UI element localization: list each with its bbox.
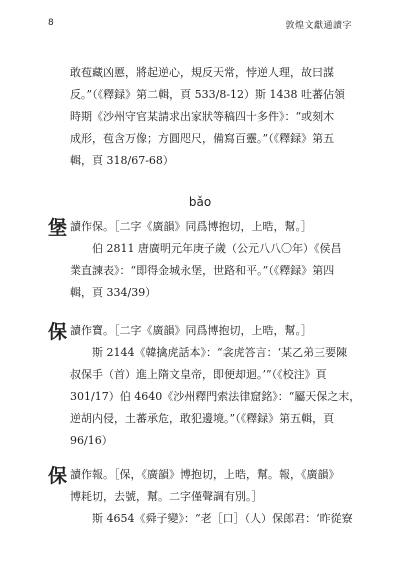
entry-headword: 保 (48, 317, 67, 344)
text-line: 敢苞藏凶慝，將起逆心，規反天常，悖逆人理，故曰謀 (70, 62, 358, 84)
entry-headword: 保 (48, 461, 67, 488)
running-title: 敦煌文獻通讀字 (285, 18, 352, 31)
citation-line: 96/16） (70, 430, 360, 452)
gloss-line: 博耗切，去號，幫。二字僅聲調有別。］ (70, 486, 360, 508)
citation-line: 業直諫表》：“即得金城永堡，世路和平。”（《釋録》第四 (70, 260, 360, 282)
gloss-line: 讀作寶。［二字《廣韻》同爲博抱切，上晧，幫。］ (70, 320, 360, 342)
citation-line: 斯 4654《舜子變》：“老［口］（人）保郎君：‘昨從寮 (70, 508, 360, 530)
dictionary-entry: 保 讀作報。［保，《廣韻》博抱切，上晧，幫。報，《廣韻》 博耗切，去號，幫。二字… (48, 464, 360, 530)
gloss-line: 讀作保。［二字《廣韻》同爲博抱切，上晧，幫。］ (70, 216, 360, 238)
text-line: 成形，苞含万像；方圓咫尺，備寫百靈。”（《釋録》第五 (70, 128, 358, 150)
text-line: 輯，頁 318/67-68） (70, 150, 358, 172)
dictionary-entry: 堡 讀作保。［二字《廣韻》同爲博抱切，上晧，幫。］ 伯 2811 唐廣明元年庚子… (48, 216, 360, 304)
continuation-paragraph: 敢苞藏凶慝，將起逆心，規反天常，悖逆人理，故曰謀 反。”（《釋録》第二輯，頁 5… (70, 62, 358, 172)
entry-headword: 堡 (48, 213, 67, 240)
text-line: 時期《沙州守官某請求出家狀等稿四十多件》：“或刻木 (70, 106, 358, 128)
citation-line: 逆胡内侵，土蕃承危，敢犯邊境。”（《釋録》第五輯，頁 (70, 408, 360, 430)
citation-line: 叔保手（首）進上隋文皇帝，即便却迴。’”（《校注》頁 (70, 364, 360, 386)
citation-line: 伯 2811 唐廣明元年庚子歲（公元八八〇年）《侯昌 (70, 238, 360, 260)
page-header: 8 敦煌文獻通讀字 (48, 18, 352, 32)
page-number: 8 (48, 18, 54, 28)
gloss-line: 讀作報。［保，《廣韻》博抱切，上晧，幫。報，《廣韻》 (70, 464, 360, 486)
citation-line: 輯，頁 334/39） (70, 282, 360, 304)
dictionary-entry: 保 讀作寶。［二字《廣韻》同爲博抱切，上晧，幫。］ 斯 2144《韓擒虎話本》：… (48, 320, 360, 452)
citation-line: 301/17）伯 4640《沙州釋門索法律窟銘》：“屬天保之末， (70, 386, 360, 408)
section-pinyin-heading: bǎo (0, 195, 400, 209)
text-line: 反。”（《釋録》第二輯，頁 533/8-12）斯 1438 吐蕃佔領 (70, 84, 358, 106)
citation-line: 斯 2144《韓擒虎話本》：“衾虎答言：‘某乙弟三要陳 (70, 342, 360, 364)
